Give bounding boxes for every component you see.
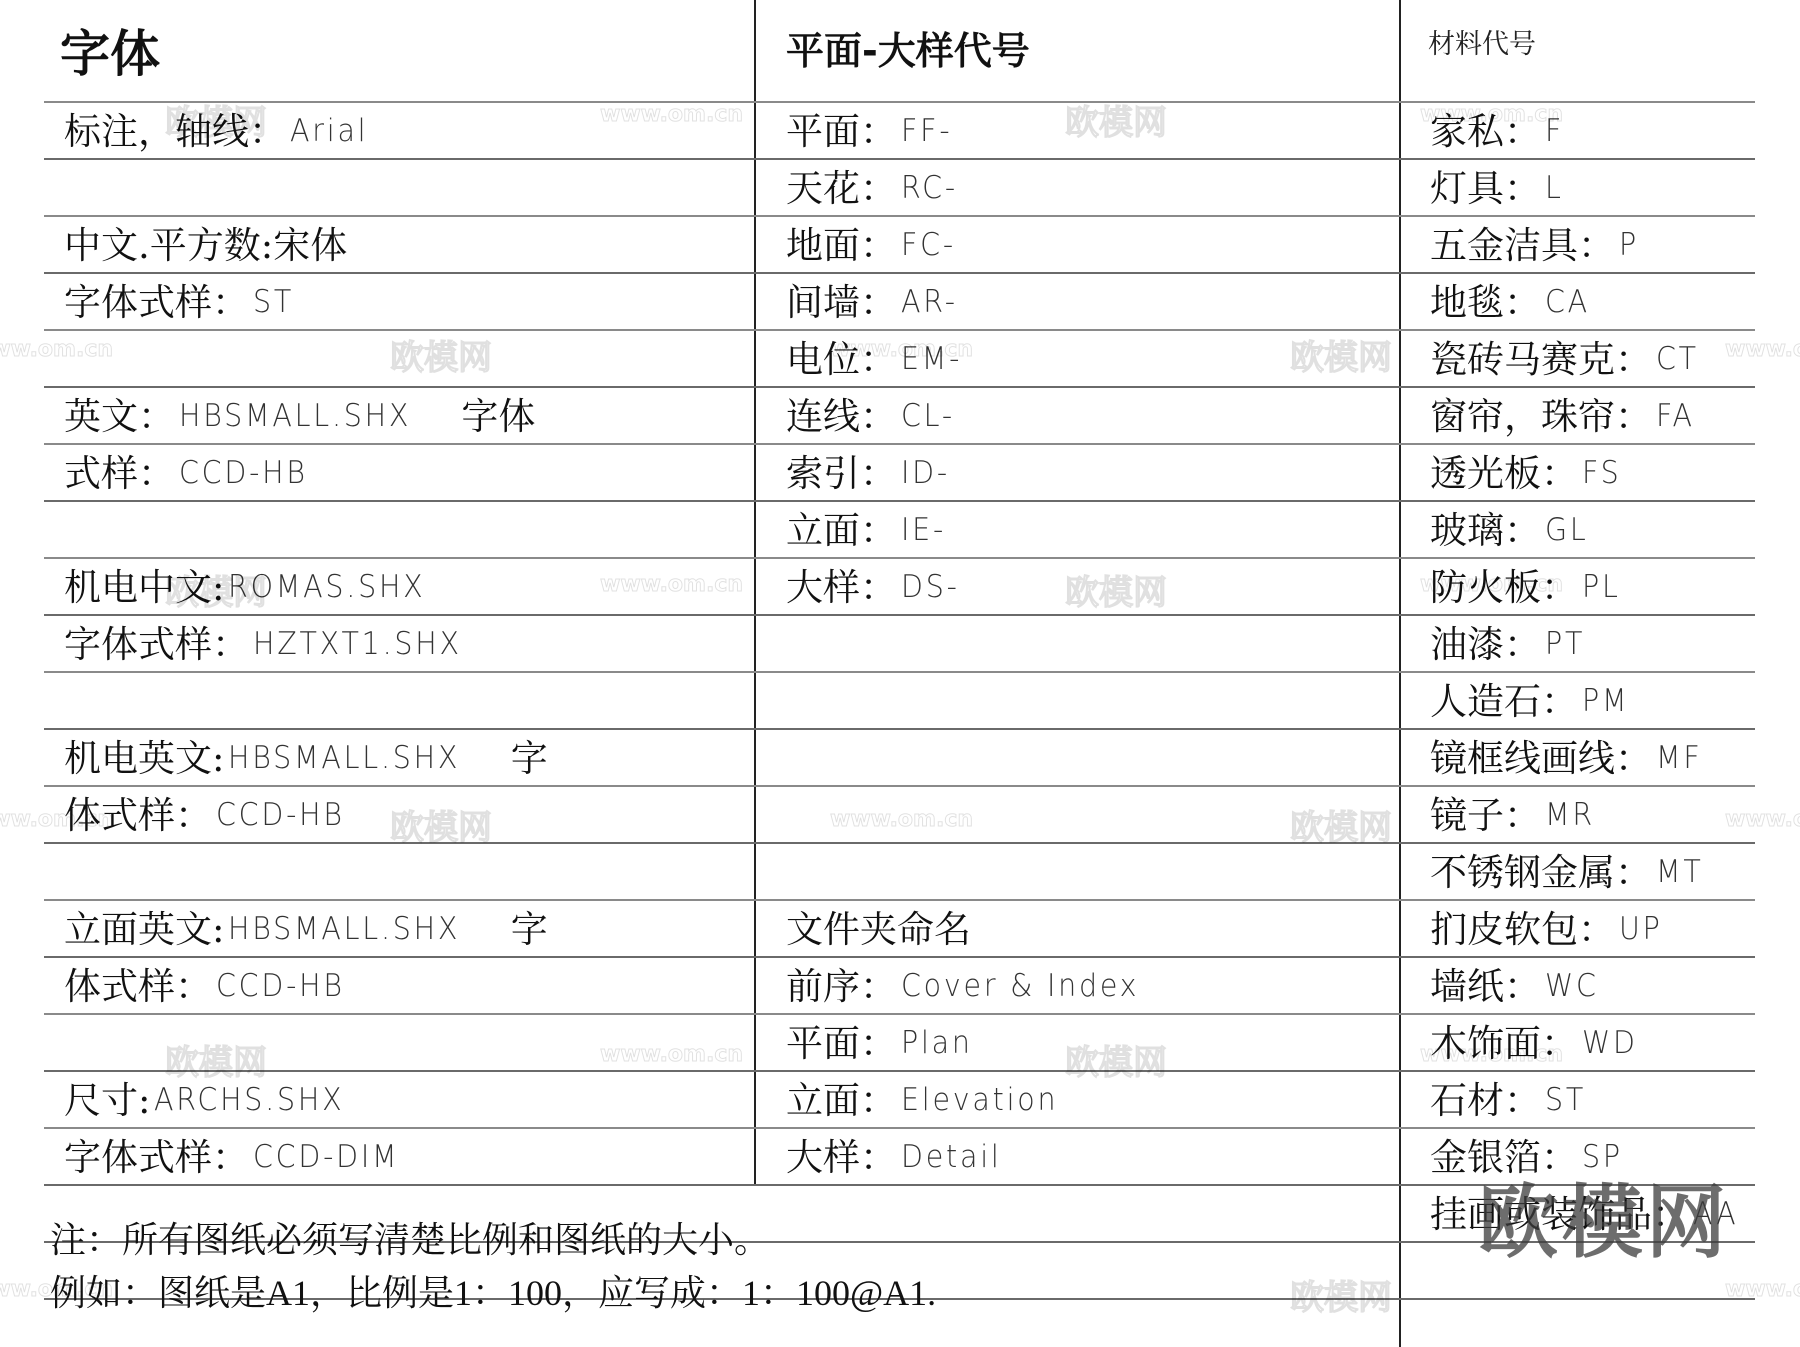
material-code-code: PT — [1545, 629, 1585, 660]
material-code-row: 人造石：PM — [1430, 673, 1633, 730]
plan-code-code: CL- — [901, 401, 955, 432]
plan-code-code: Plan — [901, 1028, 973, 1059]
plan-code-code: Detail — [901, 1142, 1002, 1173]
material-code-code: PM — [1582, 686, 1629, 717]
material-code-code: F — [1545, 116, 1564, 147]
material-code-code: MR — [1545, 800, 1595, 831]
material-code-code: L — [1545, 173, 1564, 204]
plan-code-label: 连线： — [786, 398, 897, 435]
watermark: 欧模网 — [1290, 1270, 1392, 1319]
watermark: 欧模网 — [1065, 565, 1167, 614]
material-code-label: 镜框线画线： — [1430, 740, 1652, 777]
material-code-label: 玻璃： — [1430, 512, 1541, 549]
watermark: www.om.cn — [600, 102, 743, 127]
fonts-heading: 字体 — [60, 14, 160, 86]
material-code-row: 挂画或装饰品：AA — [1430, 1186, 1742, 1243]
note-line-1: 注：所有图纸必须写清楚比例和图纸的大小。 — [50, 1212, 770, 1263]
plan-code-label: 大样： — [786, 569, 897, 606]
font-spec-code: ST — [253, 287, 294, 318]
plan-code-code: DS- — [901, 572, 960, 603]
font-spec-label: 机电英文: — [64, 740, 224, 777]
column-divider-1 — [754, 0, 756, 1186]
material-code-row: 油漆：PT — [1430, 616, 1589, 673]
material-code-label: 透光板： — [1430, 455, 1578, 492]
plan-code-row: 平面：Plan — [786, 1015, 979, 1072]
material-code-code: GL — [1545, 515, 1589, 546]
font-spec-row: 体式样：CCD-HB — [64, 787, 356, 844]
plan-code-row: 立面：Elevation — [786, 1072, 1072, 1129]
font-spec-code: HZTXT1.SHX — [253, 629, 462, 660]
material-code-label: 人造石： — [1430, 683, 1578, 720]
plan-code-row: 大样：DS- — [786, 559, 965, 616]
font-spec-suffix: 字体 — [461, 398, 535, 435]
material-codes-heading: 材料代号 — [1428, 22, 1536, 61]
material-code-label: 不锈钢金属： — [1430, 854, 1652, 891]
material-code-label: 扪皮软包： — [1430, 911, 1615, 948]
plan-code-label: 文件夹命名 — [786, 911, 971, 948]
plan-detail-codes-heading: 平面-大样代号 — [786, 20, 1030, 75]
font-spec-label: 体式样： — [64, 797, 212, 834]
plan-code-code: Cover & Index — [901, 971, 1139, 1002]
font-spec-row: 式样：CCD-HB — [64, 445, 319, 502]
material-code-row: 瓷砖马赛克：CT — [1430, 331, 1703, 388]
font-spec-row: 体式样：CCD-HB — [64, 958, 356, 1015]
font-spec-row: 机电中文:ROMAS.SHX — [64, 559, 443, 616]
material-code-label: 油漆： — [1430, 626, 1541, 663]
font-spec-row: 字体式样：HZTXT1.SHX — [64, 616, 480, 673]
plan-code-label: 前序： — [786, 968, 897, 1005]
material-code-label: 挂画或装饰品： — [1430, 1196, 1689, 1233]
plan-code-row: 平面：FF- — [786, 103, 957, 160]
plan-code-code: IE- — [901, 515, 946, 546]
plan-code-row: 前序：Cover & Index — [786, 958, 1160, 1015]
material-code-code: AA — [1693, 1199, 1738, 1230]
material-code-label: 石材： — [1430, 1082, 1541, 1119]
material-code-row: 地毯：CA — [1430, 274, 1594, 331]
material-code-code: PL — [1582, 572, 1621, 603]
font-spec-row: 机电英文:HBSMALL.SHX字 — [64, 730, 548, 787]
material-code-row: 五金洁具：P — [1430, 217, 1641, 274]
font-spec-row: 立面英文:HBSMALL.SHX字 — [64, 901, 548, 958]
material-code-row: 镜框线画线：MF — [1430, 730, 1707, 787]
plan-code-label: 平面： — [786, 113, 897, 150]
font-spec-row: 标注，轴线：Arial — [64, 103, 375, 160]
plan-code-label: 立面： — [786, 512, 897, 549]
font-spec-suffix: 字 — [511, 740, 548, 777]
material-code-label: 镜子： — [1430, 797, 1541, 834]
watermark: 欧模网 — [1290, 330, 1392, 379]
font-spec-row: 英文：HBSMALL.SHX字体 — [64, 388, 535, 445]
font-spec-label: 标注，轴线： — [64, 113, 286, 150]
plan-code-label: 立面： — [786, 1082, 897, 1119]
font-spec-label: 字体式样： — [64, 1139, 249, 1176]
material-code-code: ST — [1545, 1085, 1586, 1116]
material-code-label: 家私： — [1430, 113, 1541, 150]
plan-code-row: 文件夹命名 — [786, 901, 971, 958]
material-code-row: 玻璃：GL — [1430, 502, 1592, 559]
plan-code-row: 连线：CL- — [786, 388, 960, 445]
font-spec-label: 机电中文: — [64, 569, 224, 606]
material-code-row: 灯具：L — [1430, 160, 1565, 217]
font-spec-label: 中文.平方数:宋体 — [64, 227, 347, 264]
plan-code-label: 平面： — [786, 1025, 897, 1062]
plan-code-label: 电位： — [786, 341, 897, 378]
material-code-code: WD — [1582, 1028, 1638, 1059]
note-line-2: 例如：图纸是A1，比例是1：100，应写成：1：100@A1. — [50, 1265, 936, 1316]
material-code-row: 家私：F — [1430, 103, 1566, 160]
material-code-code: MT — [1656, 857, 1704, 888]
material-code-label: 瓷砖马赛克： — [1430, 341, 1652, 378]
plan-code-label: 索引： — [786, 455, 897, 492]
material-code-label: 防火板： — [1430, 569, 1578, 606]
material-code-row: 木饰面：WD — [1430, 1015, 1643, 1072]
font-spec-code: CCD-HB — [179, 458, 308, 489]
font-spec-row: 字体式样：ST — [64, 274, 298, 331]
material-code-row: 扪皮软包：UP — [1430, 901, 1666, 958]
watermark: 欧模网 — [1065, 1035, 1167, 1084]
plan-code-row: 大样：Detail — [786, 1129, 1010, 1186]
font-spec-code: HBSMALL.SHX — [228, 914, 460, 945]
font-spec-code: CCD-HB — [216, 971, 345, 1002]
material-code-code: WC — [1545, 971, 1599, 1002]
plan-code-code: EM- — [901, 344, 962, 375]
material-code-label: 木饰面： — [1430, 1025, 1578, 1062]
plan-code-row: 间墙：AR- — [786, 274, 963, 331]
plan-code-row: 索引：ID- — [786, 445, 954, 502]
font-spec-code: CCD-HB — [216, 800, 345, 831]
material-code-row: 石材：ST — [1430, 1072, 1590, 1129]
plan-code-row: 地面：FC- — [786, 217, 961, 274]
font-spec-code: Arial — [290, 116, 368, 147]
plan-code-label: 天花： — [786, 170, 897, 207]
plan-code-row: 天花：RC- — [786, 160, 963, 217]
font-spec-row: 字体式样：CCD-DIM — [64, 1129, 412, 1186]
font-spec-row: 中文.平方数:宋体 — [64, 217, 347, 274]
font-spec-label: 体式样： — [64, 968, 212, 1005]
material-code-row: 镜子：MR — [1430, 787, 1599, 844]
material-code-code: P — [1619, 230, 1639, 261]
watermark: 欧模网 — [390, 330, 492, 379]
material-code-row: 窗帘，珠帘：FA — [1430, 388, 1698, 445]
watermark: www.om.cn — [830, 807, 973, 832]
plan-code-label: 间墙： — [786, 284, 897, 321]
watermark: www.om.cn — [600, 1042, 743, 1067]
plan-code-code: FF- — [901, 116, 952, 147]
material-code-code: FS — [1582, 458, 1622, 489]
plan-code-code: ID- — [901, 458, 950, 489]
row-divider — [1399, 1298, 1755, 1300]
plan-code-code: FC- — [901, 230, 956, 261]
font-spec-label: 英文： — [64, 398, 175, 435]
material-code-code: FA — [1656, 401, 1695, 432]
plan-code-code: AR- — [901, 287, 958, 318]
material-code-row: 金银箔：SP — [1430, 1129, 1626, 1186]
material-code-label: 五金洁具： — [1430, 227, 1615, 264]
plan-code-row: 立面：IE- — [786, 502, 950, 559]
font-spec-label: 尺寸: — [64, 1082, 150, 1119]
font-spec-code: HBSMALL.SHX — [228, 743, 460, 774]
font-spec-suffix: 字 — [511, 911, 548, 948]
material-code-code: CT — [1656, 344, 1699, 375]
font-spec-code: ARCHS.SHX — [154, 1085, 344, 1116]
material-code-code: MF — [1656, 743, 1703, 774]
watermark: www.om.cn — [0, 337, 113, 362]
plan-code-code: RC- — [901, 173, 958, 204]
material-code-label: 金银箔： — [1430, 1139, 1578, 1176]
font-spec-row: 尺寸:ARCHS.SHX — [64, 1072, 361, 1129]
material-code-row: 墙纸：WC — [1430, 958, 1603, 1015]
font-spec-label: 字体式样： — [64, 626, 249, 663]
material-code-label: 窗帘，珠帘： — [1430, 398, 1652, 435]
plan-code-code: Elevation — [901, 1085, 1058, 1116]
font-spec-label: 式样： — [64, 455, 175, 492]
material-code-row: 透光板：FS — [1430, 445, 1625, 502]
font-spec-code: HBSMALL.SHX — [179, 401, 411, 432]
watermark: www.om.cn — [600, 572, 743, 597]
material-code-label: 地毯： — [1430, 284, 1541, 321]
material-code-code: SP — [1582, 1142, 1623, 1173]
material-code-label: 灯具： — [1430, 170, 1541, 207]
material-code-row: 防火板：PL — [1430, 559, 1624, 616]
material-code-code: CA — [1545, 287, 1590, 318]
plan-code-label: 地面： — [786, 227, 897, 264]
plan-code-row: 电位：EM- — [786, 331, 968, 388]
material-code-code: UP — [1619, 914, 1663, 945]
font-spec-label: 字体式样： — [64, 284, 249, 321]
watermark: www.om.cn — [1725, 337, 1800, 362]
watermark: www.om.cn — [1725, 807, 1800, 832]
plan-code-label: 大样： — [786, 1139, 897, 1176]
material-code-row: 不锈钢金属：MT — [1430, 844, 1708, 901]
font-spec-code: ROMAS.SHX — [228, 572, 425, 603]
font-spec-code: CCD-DIM — [253, 1142, 399, 1173]
font-spec-label: 立面英文: — [64, 911, 224, 948]
column-divider-2 — [1399, 0, 1401, 1347]
material-code-label: 墙纸： — [1430, 968, 1541, 1005]
